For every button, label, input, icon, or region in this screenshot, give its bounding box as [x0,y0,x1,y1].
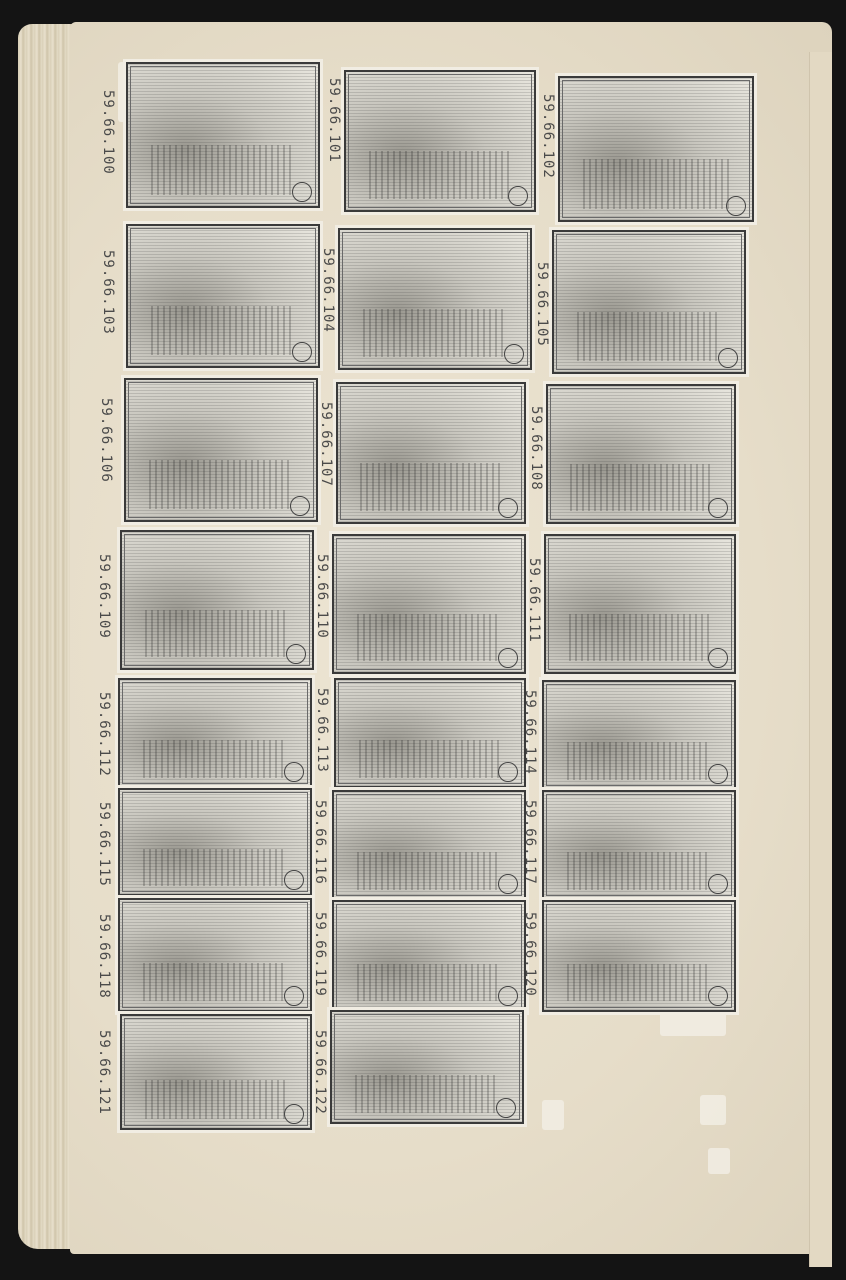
woodcut-print [124,378,318,522]
accession-number: 59.66.107 [318,402,334,487]
woodcut-print [118,898,312,1012]
collection-stamp-icon [498,498,518,518]
woodcut-print [332,534,526,674]
woodcut-print [334,678,526,788]
woodcut-print [552,230,746,374]
accession-number: 59.66.114 [522,690,538,775]
woodcut-print [546,384,736,524]
woodcut-print [126,224,320,368]
collection-stamp-icon [290,496,310,516]
collection-stamp-icon [284,870,304,890]
woodcut-print [332,900,526,1012]
accession-number: 59.66.115 [96,802,112,887]
collection-stamp-icon [708,764,728,784]
accession-number: 59.66.116 [312,800,328,885]
accession-number: 59.66.119 [312,912,328,997]
collection-stamp-icon [286,644,306,664]
collection-stamp-icon [708,648,728,668]
woodcut-print [542,790,736,900]
woodcut-print [118,678,312,788]
woodcut-print [118,788,312,896]
accession-number: 59.66.100 [100,90,116,175]
woodcut-print [544,534,736,674]
accession-number: 59.66.121 [96,1030,112,1115]
accession-number: 59.66.105 [534,262,550,347]
collection-stamp-icon [498,986,518,1006]
woodcut-print [344,70,536,212]
collection-stamp-icon [498,874,518,894]
collection-stamp-icon [504,344,524,364]
accession-number: 59.66.103 [100,250,116,335]
paper-repair-patch [700,1095,726,1125]
accession-number: 59.66.106 [98,398,114,483]
accession-number: 59.66.109 [96,554,112,639]
collection-stamp-icon [708,986,728,1006]
collection-stamp-icon [718,348,738,368]
collection-stamp-icon [708,498,728,518]
accession-number: 59.66.110 [314,554,330,639]
accession-number: 59.66.101 [326,78,342,163]
accession-number: 59.66.108 [528,406,544,491]
facing-page-edge [809,52,832,1267]
collection-stamp-icon [292,342,312,362]
accession-number: 59.66.117 [522,800,538,885]
woodcut-print [126,62,320,208]
collection-stamp-icon [726,196,746,216]
accession-number: 59.66.111 [526,558,542,643]
collection-stamp-icon [498,762,518,782]
accession-number: 59.66.122 [312,1030,328,1115]
paper-repair-patch [708,1148,730,1174]
collection-stamp-icon [708,874,728,894]
woodcut-print [336,382,526,524]
collection-stamp-icon [284,986,304,1006]
woodcut-print [558,76,754,222]
paper-repair-patch [542,1100,564,1130]
woodcut-print [542,680,736,790]
woodcut-print [120,530,314,670]
accession-number: 59.66.118 [96,914,112,999]
woodcut-print [338,228,532,370]
accession-number: 59.66.120 [522,912,538,997]
woodcut-print [330,1010,524,1124]
collection-stamp-icon [508,186,528,206]
accession-number: 59.66.104 [320,248,336,333]
paper-repair-patch [660,1012,726,1036]
accession-number: 59.66.102 [540,94,556,179]
woodcut-print [120,1014,312,1130]
accession-number: 59.66.112 [96,692,112,777]
collection-stamp-icon [284,1104,304,1124]
collection-stamp-icon [496,1098,516,1118]
accession-number: 59.66.113 [314,688,330,773]
collection-stamp-icon [498,648,518,668]
woodcut-print [332,790,526,900]
collection-stamp-icon [284,762,304,782]
collection-stamp-icon [292,182,312,202]
woodcut-print [542,900,736,1012]
